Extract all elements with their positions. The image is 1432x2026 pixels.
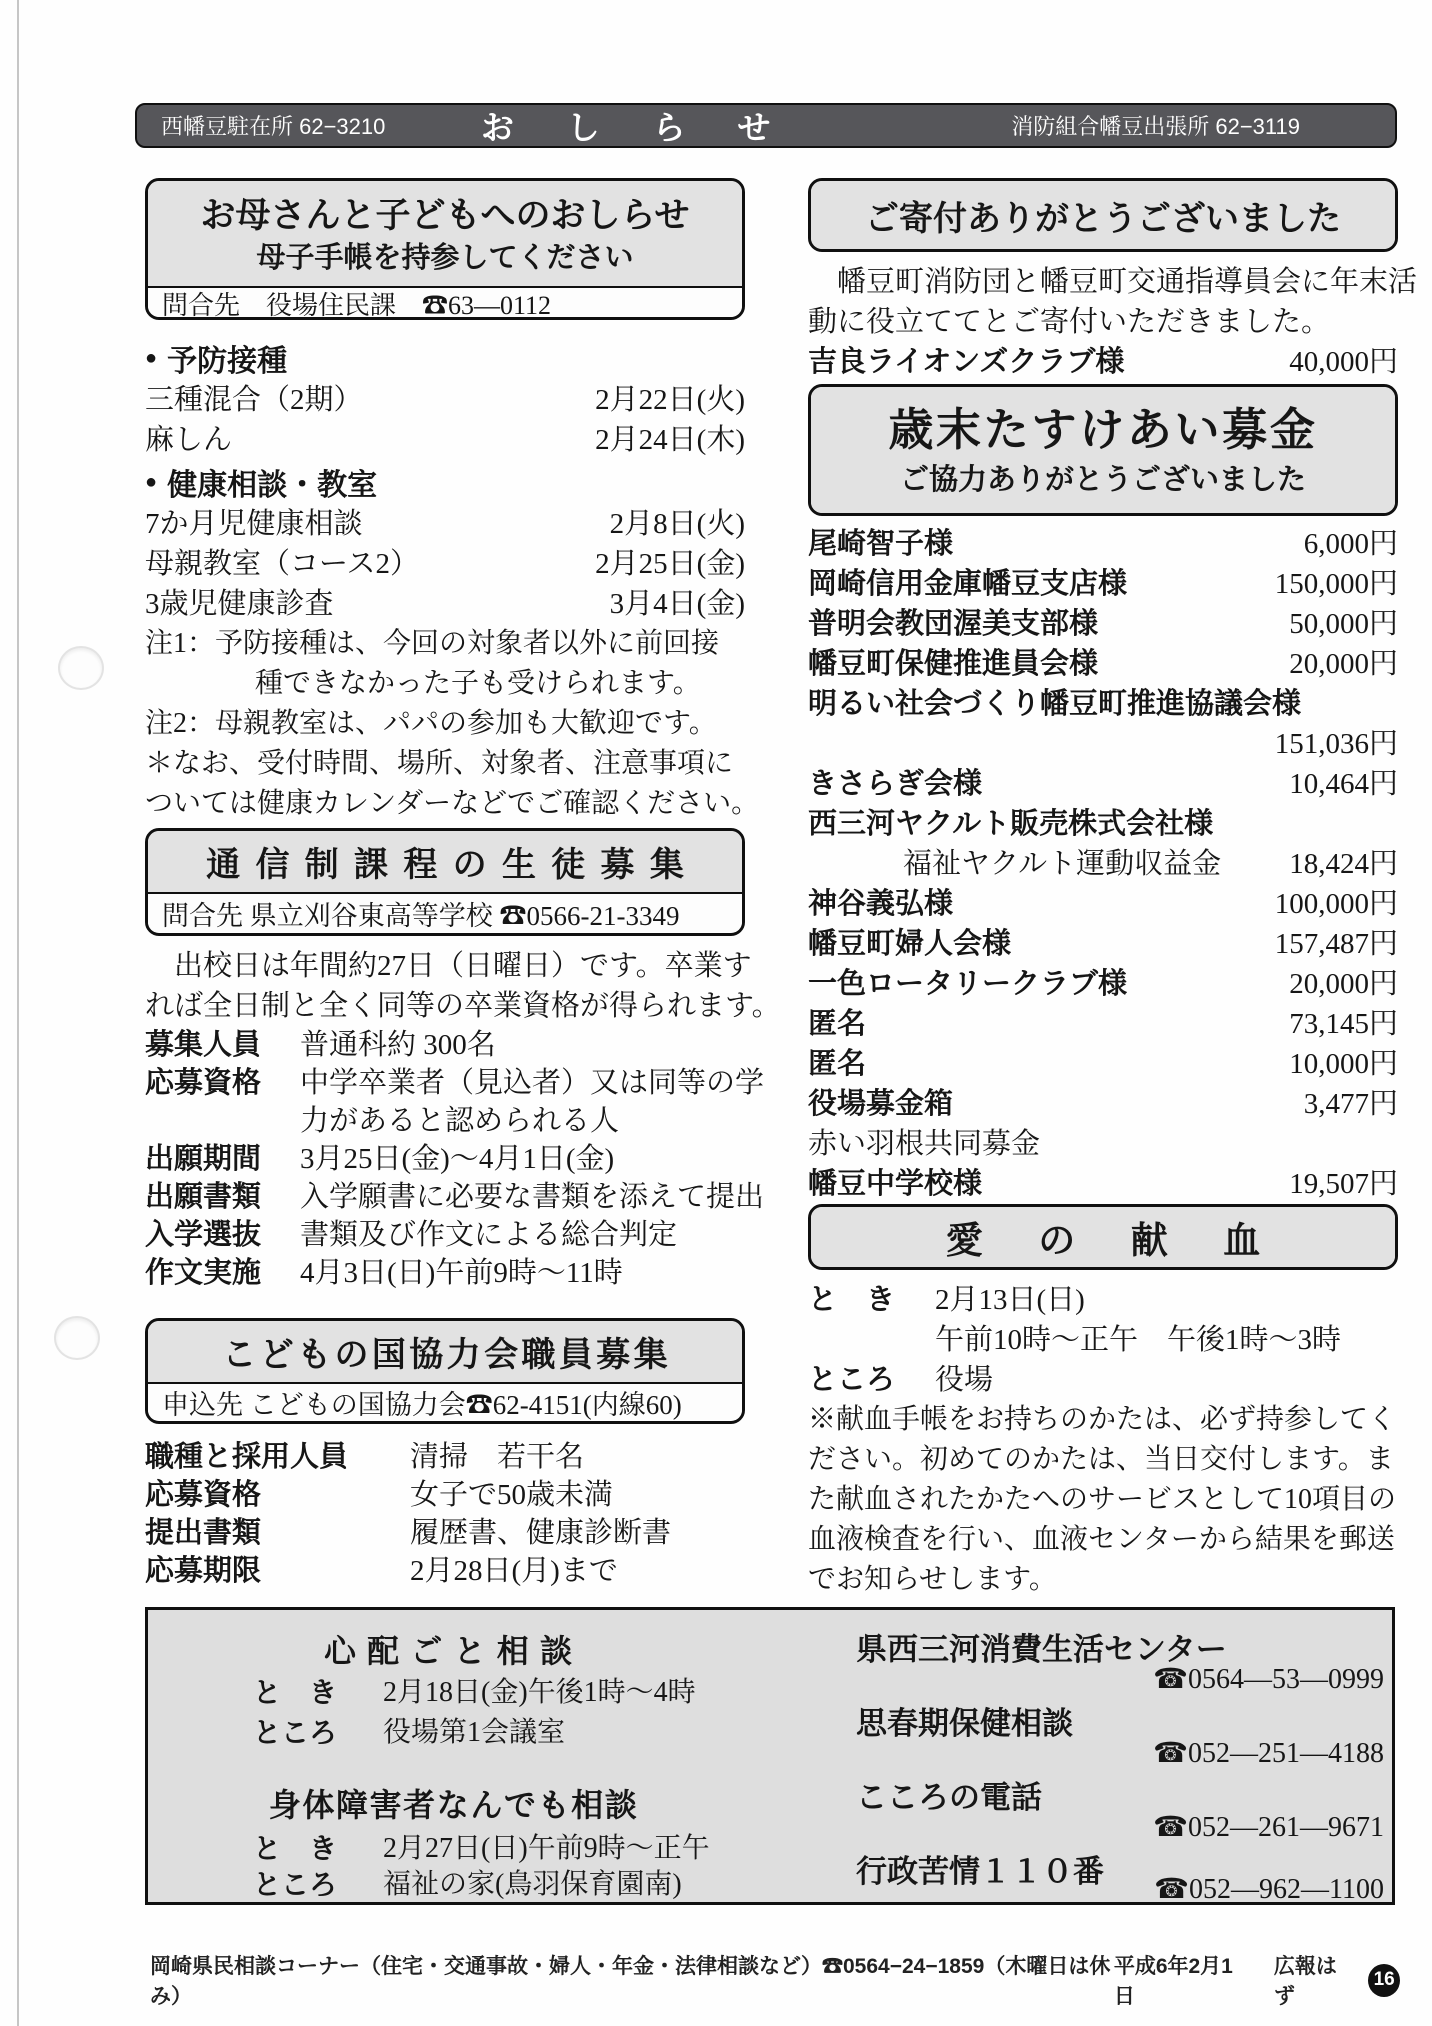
kodomonokuni-box: こどもの国協力会職員募集 申込先 こどもの国協力会☎62-4151(内線60): [145, 1318, 745, 1424]
donor-row: 幡豆中学校様 19,507円: [808, 1164, 1398, 1204]
page-number-badge: 16: [1368, 1964, 1400, 1997]
detail-row: と き 2月13日(日): [808, 1280, 1398, 1320]
note-line: ※献血手帳をお持ちのかたは、必ず持参してく: [808, 1400, 1398, 1440]
bullet-icon: ●: [145, 471, 157, 494]
detail-row: ところ 役場第1会議室: [253, 1716, 565, 1750]
schedule-row: 母親教室（コース2） 2月25日(金): [145, 544, 745, 584]
footer-publication: 広報はず: [1274, 1950, 1354, 2010]
contact-line: 問合先 県立刈谷東高等学校 ☎0566-21-3349: [148, 892, 742, 932]
consultation-title: 身体障害者なんでも相談: [148, 1780, 748, 1826]
blood-donation-body: と き 2月13日(日) 午前10時～正午 午後1時～3時 ところ 役場 ※献血…: [808, 1280, 1398, 1600]
donor-row: 幡豆町保健推進員会様 20,000円: [808, 644, 1398, 684]
note-line: 種できなかった子も受けられます。: [145, 664, 745, 704]
note-line: ついては健康カレンダーなどでご確認ください。: [145, 784, 745, 824]
detail-row: と き 2月27日(日)午前9時～正午: [253, 1832, 710, 1866]
scan-edge-line: [17, 0, 19, 2026]
donor-row: 福祉ヤクルト運動収益金 18,424円: [808, 844, 1398, 884]
newsletter-page: 西幡豆駐在所 62−3210 おしらせ 消防組合幡豆出張所 62−3119 お母…: [0, 0, 1432, 2026]
schedule-heading: ● 予防接種: [145, 336, 745, 380]
schedule-row: 三種混合（2期） 2月22日(火): [145, 380, 745, 420]
header-left-contact: 西幡豆駐在所 62−3210: [137, 110, 481, 141]
note-line: 注1：予防接種は、今回の対象者以外に前回接: [145, 624, 745, 664]
donor-row: 赤い羽根共同募金: [808, 1124, 1398, 1164]
schedule-heading: ● 健康相談・教室: [145, 460, 745, 504]
detail-row: 応募資格 女子で50歳未満: [145, 1476, 745, 1514]
detail-row: 応募資格 中学卒業者（見込者）又は同等の学: [145, 1064, 745, 1102]
contact-line: 申込先 こどもの国協力会☎62-4151(内線60): [148, 1382, 742, 1420]
donor-row: 明るい社会づくり幡豆町推進協議会様: [808, 684, 1398, 724]
intro-line: 出校日は年間約27日（日曜日）です。卒業す: [145, 946, 745, 986]
donation-thanks-box: ご寄付ありがとうございました: [808, 178, 1398, 252]
header-bar: 西幡豆駐在所 62−3210 おしらせ 消防組合幡豆出張所 62−3119: [135, 103, 1397, 148]
section-title: 歳末たすけあい募金: [888, 400, 1317, 460]
donor-list: 尾崎智子様 6,000円 岡崎信用金庫幡豆支店様 150,000円 普明会教団渥…: [808, 524, 1398, 1204]
schedule-row: 7か月児健康相談 2月8日(火): [145, 504, 745, 544]
punch-hole: [54, 1316, 100, 1360]
body-line: 動に役立ててとご寄付いただきました。: [808, 302, 1398, 342]
note-line: た献血されたかたへのサービスとして10項目の: [808, 1480, 1398, 1520]
donor-row: 神谷義弘様 100,000円: [808, 884, 1398, 924]
footer: 岡崎県民相談コーナー（住宅・交通事故・婦人・年金・法律相談など）☎0564−24…: [150, 1950, 1400, 2010]
note-line: ＊なお、受付時間、場所、対象者、注意事項に: [145, 744, 745, 784]
detail-row: 入学選抜 書類及び作文による総合判定: [145, 1216, 745, 1254]
hotline-phone: ☎052―251―4188: [856, 1736, 1384, 1770]
detail-row: 出願期間 3月25日(金)～4月1日(金): [145, 1140, 745, 1178]
punch-hole: [58, 646, 104, 690]
mother-child-schedule: ● 予防接種 三種混合（2期） 2月22日(火) 麻しん 2月24日(木) ● …: [145, 336, 745, 824]
donor-row: 匿名 73,145円: [808, 1004, 1398, 1044]
donor-row: 一色ロータリークラブ様 20,000円: [808, 964, 1398, 1004]
footer-consultation-info: 岡崎県民相談コーナー（住宅・交通事故・婦人・年金・法律相談など）☎0564−24…: [150, 1950, 1114, 2010]
body-line: 幡豆町消防団と幡豆町交通指導員会に年末活: [808, 262, 1398, 302]
donor-row: 尾崎智子様 6,000円: [808, 524, 1398, 564]
section-title: お母さんと子どもへのおしらせ: [201, 192, 690, 240]
section-title: ご寄付ありがとうございました: [865, 191, 1341, 240]
donor-row: 幡豆町婦人会様 157,487円: [808, 924, 1398, 964]
donor-row: きさらぎ会様 10,464円: [808, 764, 1398, 804]
blood-donation-box: 愛の献血: [808, 1204, 1398, 1270]
hotline-phone: ☎0564―53―0999: [856, 1662, 1384, 1696]
detail-row: 出願書類 入学願書に必要な書類を添えて提出: [145, 1178, 745, 1216]
yearend-fund-box: 歳末たすけあい募金 ご協力ありがとうございました: [808, 384, 1398, 516]
note-line: 注2：母親教室は、パパの参加も大歓迎です。: [145, 704, 745, 744]
hotline-phone: ☎052―962―1100: [856, 1872, 1384, 1906]
detail-row: ところ 役場: [808, 1360, 1398, 1400]
donor-row: 普明会教団渥美支部様 50,000円: [808, 604, 1398, 644]
note-line: 血液検査を行い、血液センターから結果を郵送: [808, 1520, 1398, 1560]
donation-thanks-body: 幡豆町消防団と幡豆町交通指導員会に年末活 動に役立ててとご寄付いただきました。 …: [808, 262, 1398, 382]
note-line: ださい。初めてのかたは、当日交付します。ま: [808, 1440, 1398, 1480]
header-right-contact: 消防組合幡豆出張所 62−3119: [1011, 110, 1395, 141]
section-title: 愛の献血: [890, 1210, 1316, 1264]
detail-row: ところ 福祉の家(鳥羽保育園南): [253, 1868, 682, 1902]
detail-row: 提出書類 履歴書、健康診断書: [145, 1514, 745, 1552]
consultations-box: 心配ごと相談 と き 2月18日(金)午後1時～4時 ところ 役場第1会議室 身…: [145, 1607, 1395, 1905]
detail-row: 力があると認められる人: [145, 1102, 745, 1140]
donor-row: 西三河ヤクルト販売株式会社様: [808, 804, 1398, 844]
detail-row: 作文実施 4月3日(日)午前9時～11時: [145, 1254, 745, 1292]
mother-child-notice-box: お母さんと子どもへのおしらせ 母子手帳を持参してください 問合先 役場住民課 ☎…: [145, 178, 745, 320]
footer-date: 平成6年2月1日: [1114, 1950, 1248, 2010]
detail-row: 応募期限 2月28日(月)まで: [145, 1552, 745, 1590]
hotline-phone: ☎052―261―9671: [856, 1810, 1384, 1844]
correspondence-school-body: 出校日は年間約27日（日曜日）です。卒業す れば全日制と全く同等の卒業資格が得ら…: [145, 946, 745, 1292]
section-subtitle: 母子手帳を持参してください: [256, 240, 633, 276]
detail-row: 職種と採用人員 清掃 若干名: [145, 1438, 745, 1476]
donor-row: 匿名 10,000円: [808, 1044, 1398, 1084]
contact-line: 問合先 役場住民課 ☎63―0112: [148, 286, 742, 319]
detail-row: 午前10時～正午 午後1時～3時: [808, 1320, 1398, 1360]
detail-row: 募集人員 普通科約 300名: [145, 1026, 745, 1064]
intro-line: れば全日制と全く同等の卒業資格が得られます。: [145, 986, 745, 1026]
donor-row: 吉良ライオンズクラブ様 40,000円: [808, 342, 1398, 382]
donor-row: 151,036円: [808, 724, 1398, 764]
note-line: でお知らせします。: [808, 1560, 1398, 1600]
donor-row: 役場募金箱 3,477円: [808, 1084, 1398, 1124]
schedule-row: 麻しん 2月24日(木): [145, 420, 745, 460]
donor-row: 岡崎信用金庫幡豆支店様 150,000円: [808, 564, 1398, 604]
section-subtitle: ご協力ありがとうございました: [900, 460, 1306, 500]
consultation-title: 心配ごと相談: [148, 1626, 748, 1672]
bullet-icon: ●: [145, 347, 157, 370]
section-title: 通信制課程の生徒募集: [191, 837, 699, 886]
schedule-row: 3歳児健康診査 3月4日(金): [145, 584, 745, 624]
correspondence-school-box: 通信制課程の生徒募集 問合先 県立刈谷東高等学校 ☎0566-21-3349: [145, 828, 745, 936]
page-title: おしらせ: [481, 102, 823, 149]
kodomonokuni-body: 職種と採用人員 清掃 若干名 応募資格 女子で50歳未満 提出書類 履歴書、健康…: [145, 1438, 745, 1590]
section-title: こどもの国協力会職員募集: [219, 1327, 671, 1376]
detail-row: と き 2月18日(金)午後1時～4時: [253, 1676, 696, 1710]
